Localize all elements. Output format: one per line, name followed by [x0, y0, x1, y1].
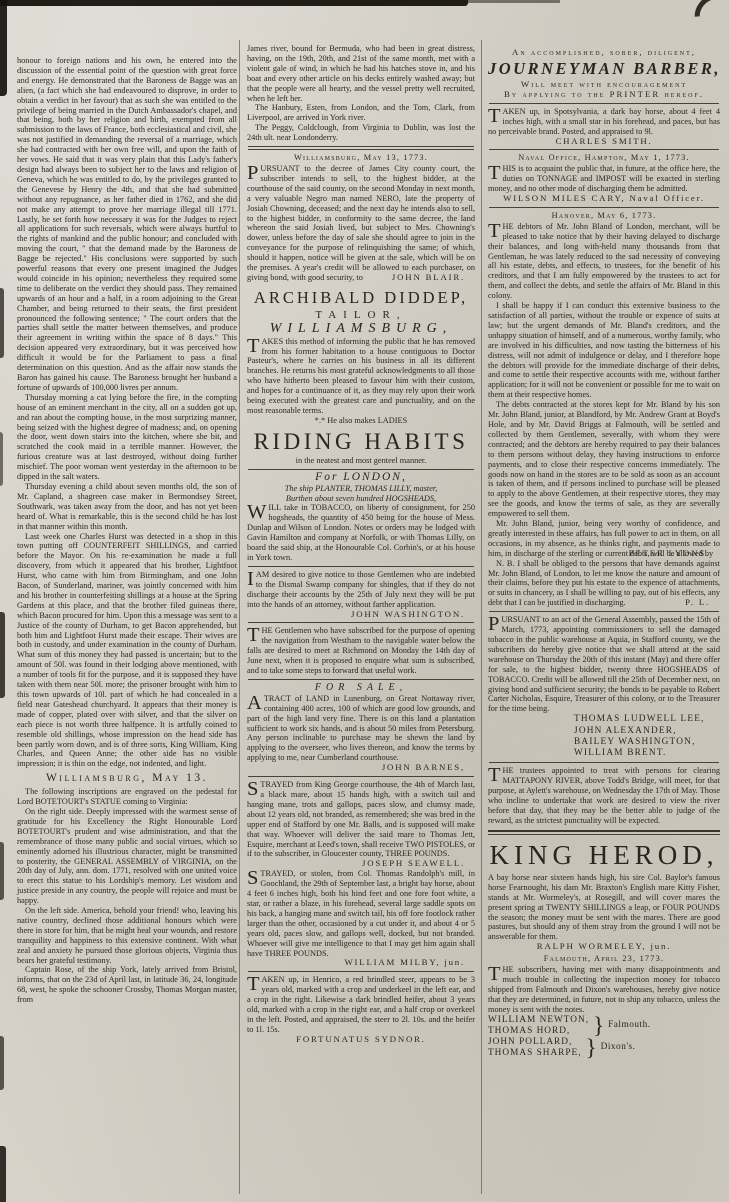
scan-edge-artifact — [0, 432, 3, 486]
divider-rule — [248, 679, 474, 680]
paragraph: honour to foreign nations and his own, h… — [17, 56, 237, 393]
brace-glyph: } — [593, 1015, 604, 1036]
paragraph-text: AM desired to give notice to those Gentl… — [247, 570, 475, 609]
newspaper-page: honour to foreign nations and his own, h… — [0, 0, 729, 1202]
centered-line: *.* He also makes LADIES — [247, 416, 475, 426]
paragraph: TAKES this method of informing the publi… — [247, 337, 475, 416]
headline: TAILOR, — [247, 311, 475, 321]
bracket-group: WILLIAM NEWTON,THOMAS HORD,}Falmouth. — [488, 1015, 720, 1037]
divider-rule — [489, 207, 719, 208]
scan-edge-artifact — [0, 612, 5, 698]
headline: JOURNEYMAN BARBER, — [488, 59, 720, 78]
signature: WILLIAM MILBY, jun. — [247, 958, 475, 968]
paragraph: THIS is to acquaint the public that, in … — [488, 164, 720, 194]
divider-rule — [489, 611, 719, 612]
paragraph: WILL take in TOBACCO, on liberty of cons… — [247, 503, 475, 562]
divider-rule — [489, 149, 719, 150]
drop-cap: T — [488, 766, 503, 783]
signature-names: JOHN POLLARD,THOMAS SHARPE, — [488, 1037, 582, 1059]
paragraph: STRAYED from King George courthouse, the… — [247, 780, 475, 859]
divider-rule — [248, 469, 474, 470]
paragraph: James river, bound for Bermuda, who had … — [247, 44, 475, 103]
paragraph: The following inscriptions are engraved … — [17, 787, 237, 807]
bracket-label: Falmouth. — [608, 1021, 650, 1031]
divider-rule — [248, 622, 474, 623]
paragraph-text: HE debtors of Mr. John Bland of London, … — [488, 222, 720, 300]
signature-line: JOHN POLLARD, — [488, 1037, 582, 1048]
signature-names: WILLIAM NEWTON,THOMAS HORD, — [488, 1015, 589, 1037]
paragraph-text: AKES this method of informing the public… — [247, 337, 475, 415]
drop-cap: T — [247, 337, 262, 354]
paragraph: PURSUANT to the decree of James City cou… — [247, 164, 475, 283]
signature-line: THOMAS SHARPE, — [488, 1048, 582, 1059]
paragraph-text: TRAYED from King George courthouse, the … — [247, 780, 475, 858]
drop-cap: P — [247, 164, 260, 181]
signature-line: JOHN ALEXANDER, — [574, 726, 720, 737]
paragraph: Captain Rose, of the ship York, lately a… — [17, 965, 237, 1005]
drop-cap: I — [247, 570, 256, 587]
paragraph: Thursday morning a cat lying before the … — [17, 393, 237, 482]
signature: WILSON MILES CARY, Naval Officer. — [488, 194, 720, 204]
scan-edge-artifact — [0, 1036, 4, 1090]
headline: ARCHIBALD DIDDEP, — [247, 288, 475, 308]
paragraph: On the left side. America, behold your f… — [17, 906, 237, 965]
column-divider-rule — [239, 40, 240, 1194]
paragraph: THE debtors of Mr. John Bland of London,… — [488, 222, 720, 301]
paragraph: TAKEN up, in Henrico, a red brindled ste… — [247, 975, 475, 1034]
paragraph: The Hanbury, Esten, from London, and the… — [247, 103, 475, 123]
paragraph: On the right side. Deeply impressed with… — [17, 807, 237, 906]
bracket-label: Dixon's. — [601, 1043, 636, 1053]
centered-line: in the neatest and most genteel manner. — [247, 456, 475, 466]
bracket-signatures: WILLIAM NEWTON,THOMAS HORD,}Falmouth.JOH… — [488, 1015, 720, 1059]
divider-rule — [248, 146, 474, 150]
paragraph-text: TRAYED, or stolen, from Col. Thomas Rand… — [247, 869, 475, 957]
divider-rule — [488, 830, 720, 835]
paragraph: STRAYED, or stolen, from Col. Thomas Ran… — [247, 869, 475, 958]
signature: JOHN BARNES, — [247, 763, 475, 773]
paragraph: I AM desired to give notice to those Gen… — [247, 570, 475, 610]
signature-line: THOMAS LUDWELL LEE, — [574, 714, 720, 725]
paragraph: TAKEN up, in Spotsylvania, a dark bay ho… — [488, 107, 720, 137]
divider-rule — [248, 971, 474, 972]
paragraph-text: HE Gentlemen who have subscribed for the… — [247, 626, 475, 675]
drop-cap: S — [247, 780, 260, 797]
dateline: Williamsburg, May 13. — [17, 774, 237, 784]
column-3: An accomplished, sober, diligent,JOURNEY… — [488, 47, 720, 1059]
paragraph: A bay horse near sixteen hands high, his… — [488, 873, 720, 942]
scan-edge-artifact — [0, 0, 468, 6]
scan-edge-artifact — [468, 0, 560, 3]
drop-cap: W — [247, 503, 268, 520]
small-caps-line: By applying to the PRINTER hereof. — [488, 89, 720, 100]
headline: KING HEROD, — [488, 839, 720, 871]
scan-edge-artifact — [0, 288, 4, 358]
divider-rule — [248, 566, 474, 567]
signature-list: THOMAS LUDWELL LEE,JOHN ALEXANDER,BAILEY… — [488, 714, 720, 759]
drop-cap: T — [247, 975, 262, 992]
centered-line: Burthen about seven hundred HOGSHEADS, — [247, 494, 475, 504]
small-caps-line: An accomplished, sober, diligent, — [488, 47, 720, 58]
scan-edge-artifact — [0, 842, 4, 900]
paragraph: Thursday evening a child about seven mon… — [17, 482, 237, 532]
signature: FORTUNATUS SYDNOR. — [247, 1035, 475, 1045]
bracket-group: JOHN POLLARD,THOMAS SHARPE,}Dixon's. — [488, 1037, 720, 1059]
paragraph-text: AKEN up, in Henrico, a red brindled stee… — [247, 975, 475, 1034]
column-2: James river, bound for Bermuda, who had … — [247, 44, 475, 1045]
divider-rule — [489, 103, 719, 104]
paragraph: THE Gentlemen who have subscribed for th… — [247, 626, 475, 676]
drop-cap: P — [488, 615, 501, 632]
signature-line: BAILEY WASHINGTON, — [574, 737, 720, 748]
divider-rule — [248, 776, 474, 777]
paragraph-text: URSUANT to an act of the General Assembl… — [488, 615, 720, 713]
headline: FOR SALE, — [247, 683, 475, 693]
dateline: Williamsburg, May 13, 1773. — [247, 153, 475, 163]
drop-cap: T — [488, 107, 503, 124]
scan-edge-artifact — [687, 0, 729, 39]
paragraph-text: ILL take in TOBACCO, on liberty of consi… — [247, 503, 475, 562]
paragraph: I shall be happy if I can conduct this e… — [488, 301, 720, 400]
column-divider-rule — [481, 40, 482, 1194]
drop-cap: T — [247, 626, 262, 643]
signature-line: WILLIAM NEWTON, — [488, 1015, 589, 1026]
paragraph-text: HIS is to acquaint the public that, in f… — [488, 164, 720, 193]
signature-line: THOMAS HORD, — [488, 1026, 589, 1037]
small-caps-line: Will meet with encouragement — [488, 79, 720, 90]
brace-glyph: } — [586, 1037, 597, 1058]
centered-line: For LONDON, — [247, 473, 475, 483]
paragraph-text: URSUANT to the decree of James City coun… — [247, 164, 475, 282]
dateline: Falmouth, April 23, 1773. — [488, 954, 720, 964]
paragraph-text: TRACT of LAND in Lunenburg, on Great Not… — [247, 694, 475, 762]
signature-line: WILLIAM BRENT. — [574, 748, 720, 759]
drop-cap: T — [488, 222, 503, 239]
column-1: honour to foreign nations and his own, h… — [17, 56, 237, 1005]
paragraph: The Peggy, Coldclough, from Virginia to … — [247, 123, 475, 143]
signature: CHARLES SMITH. — [488, 137, 720, 147]
scan-edge-artifact — [0, 0, 7, 96]
divider-rule — [489, 762, 719, 763]
headline: WILLIAMSBURG, — [247, 324, 475, 334]
drop-cap: S — [247, 869, 260, 886]
headline: RIDING HABITS — [247, 428, 475, 455]
drop-cap: T — [488, 965, 503, 982]
signature: RALPH WORMELEY, jun. — [488, 942, 720, 952]
drop-cap: T — [488, 164, 503, 181]
paragraph: The debts contracted at the stores kept … — [488, 400, 720, 519]
paragraph: THE subscribers, having met with many di… — [488, 965, 720, 1015]
dateline: Hanover, May 6, 1773. — [488, 211, 720, 221]
paragraph: PURSUANT to an act of the General Assemb… — [488, 615, 720, 714]
scan-edge-artifact — [0, 1146, 6, 1202]
centered-line: The ship PLANTER, THOMAS LILLY, master, — [247, 484, 475, 494]
paragraph: Last week one Charles Hurst was detected… — [17, 532, 237, 770]
signature: JOHN WASHINGTON. — [247, 610, 475, 620]
dateline: Naval Office, Hampton, May 1, 1773. — [488, 153, 720, 163]
paragraph-text: AKEN up, in Spotsylvania, a dark bay hor… — [488, 107, 720, 136]
paragraph: A TRACT of LAND in Lunenburg, on Great N… — [247, 694, 475, 763]
signature: JOSEPH SEAWELL. — [247, 859, 475, 869]
paragraph-text: HE trustees appointed to treat with pers… — [488, 766, 720, 825]
paragraph: THE trustees appointed to treat with per… — [488, 766, 720, 825]
paragraph-text: HE subscribers, having met with many dis… — [488, 965, 720, 1014]
drop-cap: A — [247, 694, 264, 711]
